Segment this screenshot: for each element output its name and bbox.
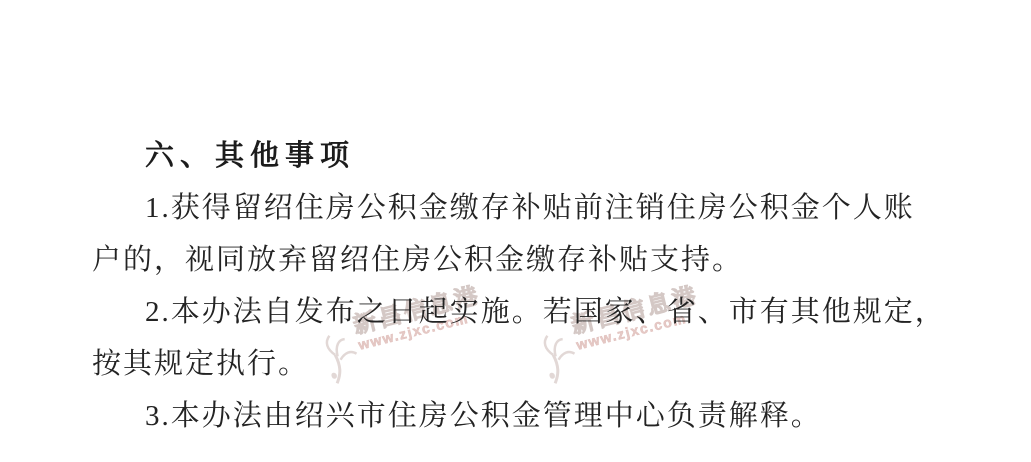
section-heading: 六、其他事项	[92, 130, 937, 182]
paragraph-2-line-2: 按其规定执行。	[92, 338, 937, 390]
paragraph-1-line-2: 户的，视同放弃留绍住房公积金缴存补贴支持。	[92, 234, 937, 286]
paragraph-3-line-1: 3.本办法由绍兴市住房公积金管理中心负责解释。	[92, 390, 937, 442]
paragraph-2-line-1: 2.本办法自发布之日起实施。若国家、省、市有其他规定，	[92, 286, 937, 338]
document-text-block: 六、其他事项 1.获得留绍住房公积金缴存补贴前注销住房公积金个人账 户的，视同放…	[92, 130, 937, 442]
document-page: 新昌信息港 www.zjxc.com 新昌信息港 www.zjxc.com 六、…	[0, 0, 1031, 462]
paragraph-1-line-1: 1.获得留绍住房公积金缴存补贴前注销住房公积金个人账	[92, 182, 937, 234]
